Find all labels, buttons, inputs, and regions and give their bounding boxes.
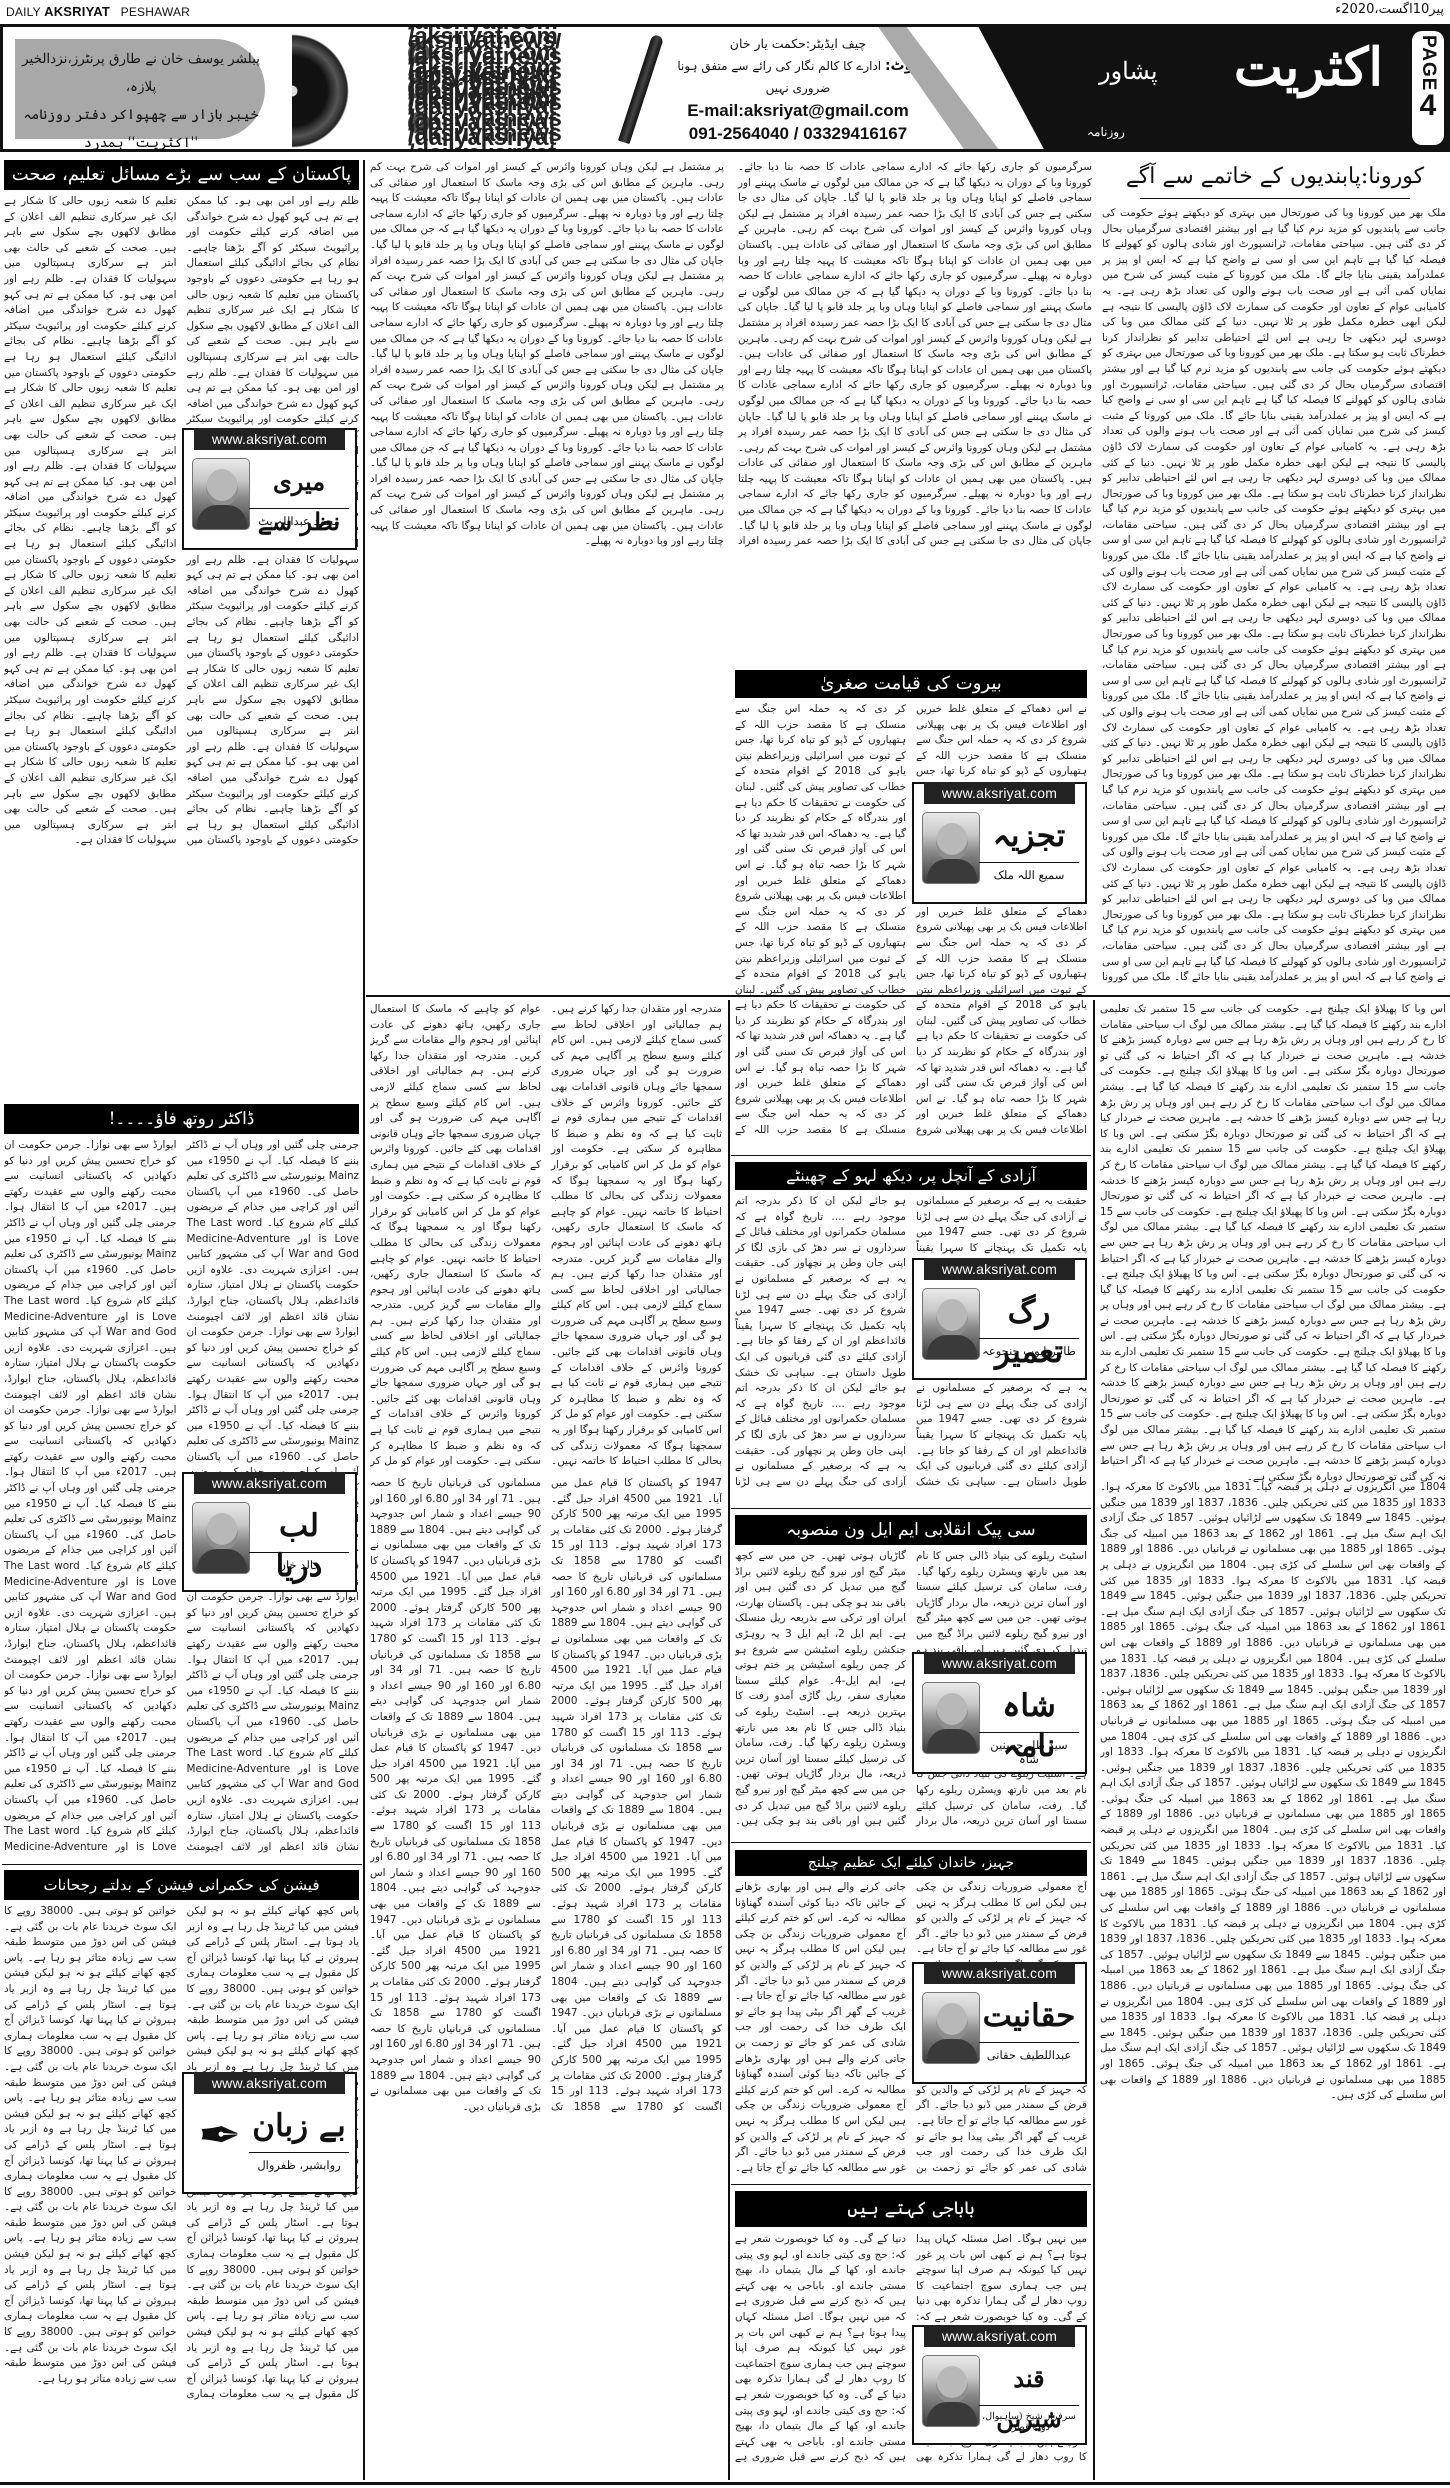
divider	[979, 2405, 1079, 2406]
website-url[interactable]: www.aksriyat.com	[924, 2325, 1075, 2347]
publisher-line-1: پبلشر یوسف خان نے طارق پرنٹرز،نزدالخیر پ…	[21, 45, 261, 101]
issue-date: پیر10اگست،2020ء	[1335, 2, 1444, 17]
column-divider	[363, 160, 365, 2480]
author-name: سمیع اللہ ملک	[981, 868, 1077, 882]
column-name: حقانیت	[981, 1996, 1077, 2036]
section-header-cpec: سی پیک انقلابی ایم ایل ون منصوبہ	[735, 1515, 1087, 1545]
paper-name-line: DAILY AKSRIYAT PESHAWAR	[6, 4, 190, 19]
column-divider	[728, 1000, 730, 2480]
author-box-azadi: www.aksriyat.com رگ تعمیر طاہر ایوب جنجو…	[912, 1258, 1087, 1380]
newspaper-logo: اکثریت پشاور روزنامہ	[1073, 35, 1383, 145]
divider	[249, 508, 349, 509]
phone-numbers: 091-2564040 / 03329416167	[663, 123, 933, 145]
author-name: سرفراز شیخ (ساہیوال، دوہا قطر)	[981, 2411, 1077, 2433]
paper-city: PESHAWAR	[121, 5, 190, 19]
author-name: طاہر ایوب جنجوعہ	[981, 1344, 1077, 1358]
masthead: پبلشر یوسف خان نے طارق پرنٹرز،نزدالخیر پ…	[0, 24, 1450, 152]
website-url[interactable]: www.aksriyat.com	[924, 1962, 1075, 1984]
section-header-azadi: آزادی کے آنچل پر، دیکھ لہو کے چھینٹے	[735, 1162, 1087, 1190]
logo-daily: روزنامہ	[1087, 125, 1125, 139]
divider	[979, 1338, 1079, 1339]
publisher-line-2: خیبر بازار سے چھپواکر دفتر روزنامہ ''اکث…	[21, 101, 261, 152]
author-photo	[922, 812, 980, 884]
column-name: بے زبان	[251, 2106, 347, 2146]
center-body-bottom: 1947 کو پاکستان کا قیام عمل میں آیا۔ 192…	[370, 1476, 722, 2476]
author-photo	[922, 2355, 980, 2427]
section-divider	[731, 1842, 1091, 1843]
social-links: ◉ /aksriyat.com /aksriyat.com /aksriyat.…	[408, 35, 438, 140]
paper-name: AKSRIYAT	[44, 4, 110, 19]
page-number: 4	[1420, 89, 1437, 123]
author-box-beirut: www.aksriyat.com تجزیہ سمیع اللہ ملک	[912, 782, 1087, 904]
article-body-education: ظلم رہے اور امن بھی ہو۔ کیا ممکن ہے تم ہ…	[4, 194, 359, 1080]
note-text: ادارے کا کالم نگار کی رائے سے متفق ہونا …	[677, 59, 885, 95]
column-name: میری نظر سے	[251, 462, 347, 542]
author-box-be-zaban: www.aksriyat.com ✒ بے زبان روابشیر، ظفرو…	[182, 2072, 357, 2194]
website-url[interactable]: www.aksriyat.com	[924, 1258, 1075, 1280]
section-header-ruth-pfau: ڈاکٹر روتھ فاؤ۔۔۔۔!	[4, 1104, 359, 1134]
logo-main: اکثریت	[1234, 37, 1383, 98]
author-photo	[192, 458, 250, 530]
author-box-babaji: www.aksriyat.com قند شیریں سرفراز شیخ (س…	[912, 2325, 1087, 2445]
website-url[interactable]: www.aksriyat.com	[194, 428, 345, 450]
author-photo	[922, 1992, 980, 2064]
section-header-jahez: جہیز، خاندان کیلئے ایک عظیم چیلنج	[735, 1850, 1087, 1876]
website-url[interactable]: www.aksriyat.com	[194, 1472, 345, 1494]
author-box-cpec: www.aksriyat.com شاہ نامہ سید ظل حسنین ش…	[912, 1652, 1087, 1774]
author-name: خالد خان	[251, 1558, 347, 1572]
section-header-babaji: باباجی کہتے ہیں	[735, 2191, 1087, 2227]
section-divider	[731, 1155, 1091, 1156]
divider	[249, 1552, 349, 1553]
section-header-fashion: فیشن کی حکمرانی فیشن کے بدلتے رجحانات	[4, 1870, 359, 1900]
email-link[interactable]: E-mail:aksriyat@gmail.com	[663, 99, 933, 123]
contact-info: چیف ایڈیٹر:حکمت یار خان نوٹ: ادارے کا کا…	[663, 33, 933, 145]
author-photo	[192, 1502, 250, 1574]
disclaimer: نوٹ: ادارے کا کالم نگار کی رائے سے متفق …	[663, 55, 933, 99]
website-url[interactable]: www.aksriyat.com	[194, 2072, 345, 2094]
author-name: عبداللطیف حقانی	[981, 2048, 1077, 2062]
page-bottom-rule	[0, 2482, 1450, 2485]
website-url[interactable]: www.aksriyat.com	[924, 782, 1075, 804]
author-photo	[922, 1288, 980, 1360]
section-header-education: پاکستان کے سب سے بڑے مسائل تعلیم، صحت او…	[4, 160, 359, 190]
right-body-bottom: 1804 میں انگریزوں نے دہلی پر قبضہ کیا۔ 1…	[1100, 1480, 1446, 2480]
section-divider	[731, 2184, 1091, 2185]
quill-ink-icon: ✒	[192, 2102, 250, 2174]
headline-underline	[1140, 198, 1410, 199]
column-name: رگ تعمیر	[981, 1292, 1077, 1372]
paper-prefix: DAILY	[6, 5, 41, 19]
pen-icon	[618, 34, 664, 144]
website-url[interactable]: www.aksriyat.com	[924, 1652, 1075, 1674]
author-box-lab-e-darya: www.aksriyat.com لب دریا خالد خان	[182, 1472, 357, 1592]
social-label: /dailyaksriyat /dailyaksriyat /dailyaksr…	[408, 68, 556, 152]
article-body-beirut: نے اس دھماکے کے متعلق غلط خبریں اور اطلا…	[735, 702, 1087, 1150]
page-number-badge: PAGE 4	[1412, 31, 1444, 145]
social-facebook[interactable]: f /dailyaksriyat /dailyaksriyat /dailyak…	[408, 105, 438, 140]
author-name: روابشیر، ظفروال	[251, 2158, 347, 2172]
author-box-jahez: www.aksriyat.com حقانیت عبداللطیف حقانی	[912, 1962, 1087, 2084]
logo-city: پشاور	[1099, 57, 1158, 85]
editorial-body: ملک بھر میں کورونا وبا کی صورتحال میں بہ…	[1102, 206, 1446, 986]
top-strip: DAILY AKSRIYAT PESHAWAR پیر10اگست،2020ء	[0, 0, 1450, 22]
divider	[979, 1732, 1079, 1733]
editorial-headline: کورونا:پابندیوں کے خاتمے سے آگے	[1100, 160, 1450, 194]
column-divider	[1093, 1000, 1095, 2480]
section-header-beirut: بیروت کی قیامت صغریٰ	[735, 670, 1087, 698]
section-divider	[2, 1864, 362, 1865]
divider	[979, 2042, 1079, 2043]
section-divider	[731, 1508, 1091, 1509]
column-name: لب دریا	[251, 1506, 347, 1586]
publisher-info: پبلشر یوسف خان نے طارق پرنٹرز،نزدالخیر پ…	[21, 45, 261, 135]
page-label: PAGE	[1417, 35, 1439, 91]
author-box-meri-nazar: www.aksriyat.com میری نظر سے محمد عبدالل…	[182, 428, 357, 550]
column-name: تجزیہ	[981, 816, 1077, 856]
author-name: محمد عبداللہ بٹ	[251, 514, 347, 528]
divider	[249, 2152, 349, 2153]
divider	[979, 862, 1079, 863]
author-photo	[922, 1682, 980, 1754]
author-name: سید ظل حسنین شاہ	[981, 1738, 1077, 1766]
center-body-top: متدرجہ اور متقدان جدا رکھا کرنے ہیں۔ ہم …	[370, 1002, 722, 1472]
